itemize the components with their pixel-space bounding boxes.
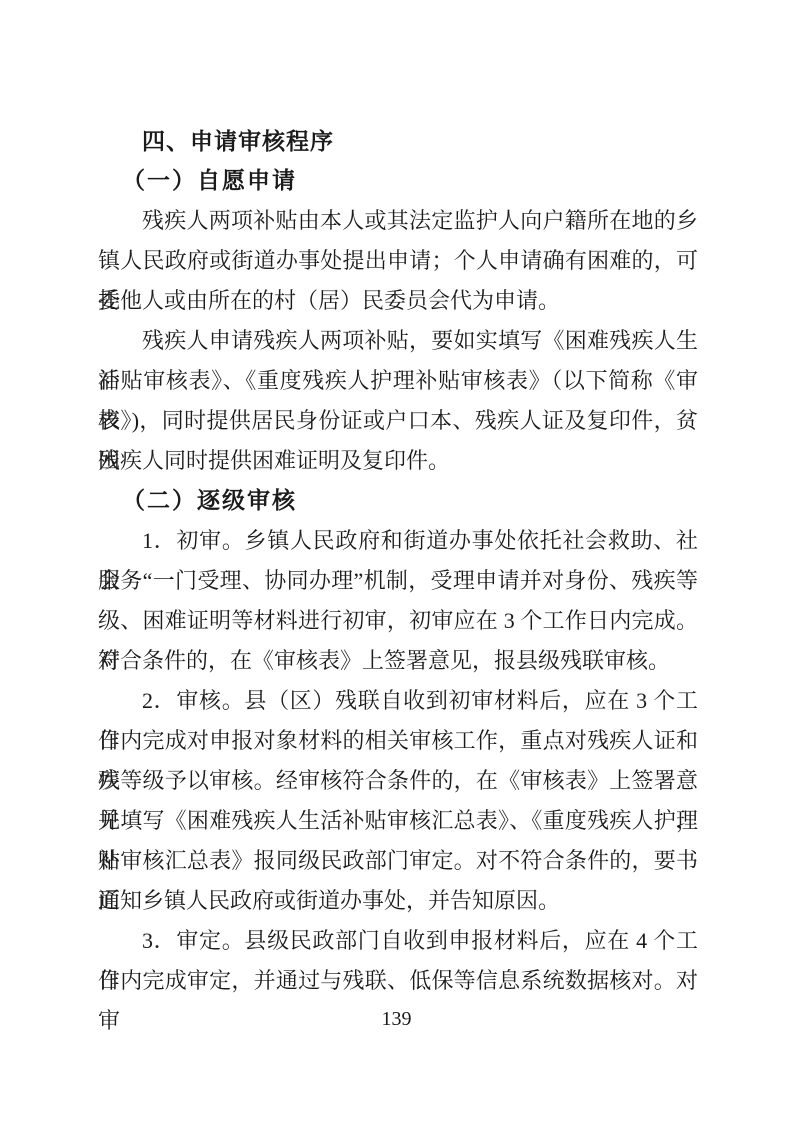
text-line: 1．初审。乡镇人民政府和街道办事处依托社会救助、社会	[98, 521, 698, 561]
text-line: 表》)，同时提供居民身份证或户口本、残疾人证及复印件，贫困	[98, 401, 698, 441]
section-heading: 四、申请审核程序	[98, 121, 698, 161]
text-line: 符合条件的，在《审核表》上签署意见，报县级残联审核。	[98, 641, 698, 681]
text-line: 残疾人两项补贴由本人或其法定监护人向户籍所在地的乡	[98, 201, 698, 241]
document-content: 四、申请审核程序（一）自愿申请残疾人两项补贴由本人或其法定监护人向户籍所在地的乡…	[98, 121, 698, 1001]
text-line: 补贴审核表》、《重度残疾人护理补贴审核表》（以下简称《审核	[98, 361, 698, 401]
text-line: 3．审定。县级民政部门自收到申报材料后，应在 4 个工作	[98, 921, 698, 961]
text-line: 日内完成审定，并通过与残联、低保等信息系统数据核对。对审	[98, 961, 698, 1001]
sub-section-heading: （二）逐级审核	[98, 481, 698, 521]
text-line: 镇人民政府或街道办事处提出申请；个人申请确有困难的，可委	[98, 241, 698, 281]
document-page: 四、申请审核程序（一）自愿申请残疾人两项补贴由本人或其法定监护人向户籍所在地的乡…	[0, 0, 793, 1122]
text-line: 疾等级予以审核。经审核符合条件的，在《审核表》上签署意见，	[98, 761, 698, 801]
text-line: 服务“一门受理、协同办理”机制，受理申请并对身份、残疾等	[98, 561, 698, 601]
text-line: 并填写《困难残疾人生活补贴审核汇总表》、《重度残疾人护理补	[98, 801, 698, 841]
text-line: 残疾人申请残疾人两项补贴，要如实填写《困难残疾人生活	[98, 321, 698, 361]
page-number: 139	[0, 1003, 793, 1035]
text-line: 残疾人同时提供困难证明及复印件。	[98, 441, 698, 481]
text-line: 日内完成对申报对象材料的相关审核工作，重点对残疾人证和残	[98, 721, 698, 761]
text-line: 贴审核汇总表》报同级民政部门审定。对不符合条件的，要书面	[98, 841, 698, 881]
text-line: 2．审核。县（区）残联自收到初审材料后，应在 3 个工作	[98, 681, 698, 721]
sub-section-heading: （一）自愿申请	[98, 161, 698, 201]
text-line: 通知乡镇人民政府或街道办事处，并告知原因。	[98, 881, 698, 921]
text-line: 托他人或由所在的村（居）民委员会代为申请。	[98, 281, 698, 321]
text-line: 级、困难证明等材料进行初审，初审应在 3 个工作日内完成。对	[98, 601, 698, 641]
